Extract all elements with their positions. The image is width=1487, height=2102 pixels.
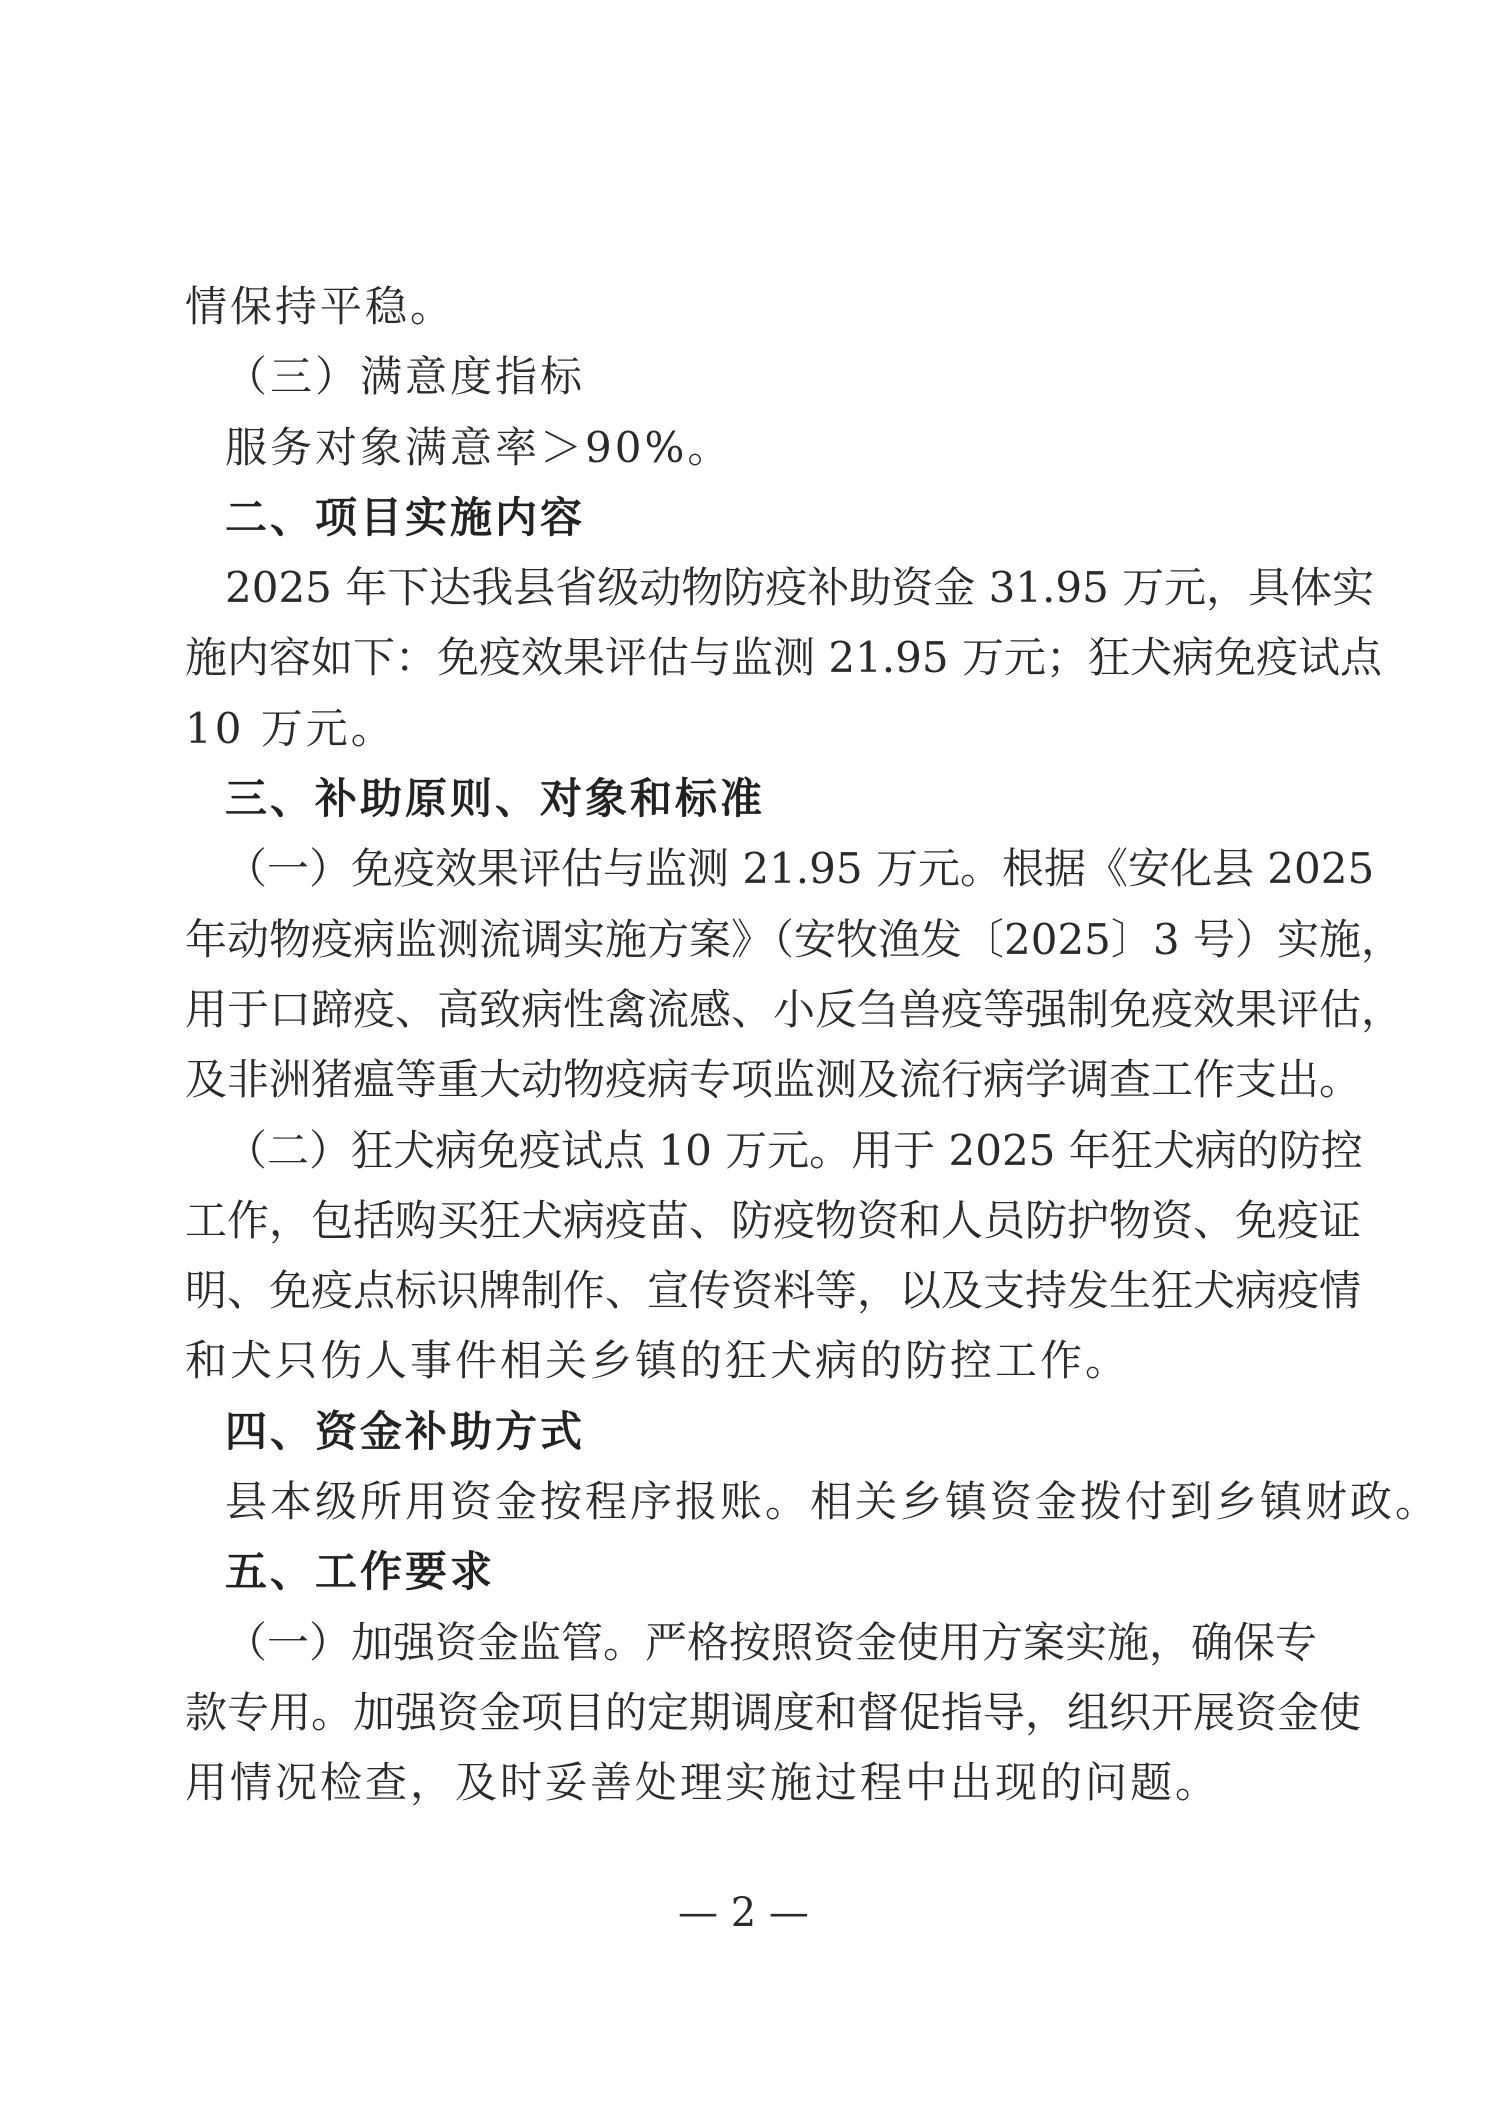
body-line: 年动物疫病监测流调实施方案》（安牧渔发〔2025〕3 号）实施， <box>185 905 1285 975</box>
body-line: 县本级所用资金按程序报账。相关乡镇资金拨付到乡镇财政。 <box>185 1467 1285 1537</box>
body-line: 和犬只伤人事件相关乡镇的狂犬病的防控工作。 <box>185 1326 1285 1396</box>
section-heading-3: 三、补助原则、对象和标准 <box>185 764 1285 834</box>
body-line: 工作，包括购买狂犬病疫苗、防疫物资和人员防护物资、免疫证 <box>185 1186 1285 1256</box>
document-body: 情保持平稳。 （三）满意度指标 服务对象满意率＞90%。 二、项目实施内容 20… <box>185 272 1285 1819</box>
section-heading-4: 四、资金补助方式 <box>185 1397 1285 1467</box>
document-page: 情保持平稳。 （三）满意度指标 服务对象满意率＞90%。 二、项目实施内容 20… <box>0 0 1487 2102</box>
section-heading-2: 二、项目实施内容 <box>185 483 1285 553</box>
body-line: 情保持平稳。 <box>185 272 1285 342</box>
body-line: （二）狂犬病免疫试点 10 万元。用于 2025 年狂犬病的防控 <box>185 1116 1285 1186</box>
body-line: 2025 年下达我县省级动物防疫补助资金 31.95 万元，具体实 <box>185 553 1285 623</box>
body-line: 用情况检查，及时妥善处理实施过程中出现的问题。 <box>185 1748 1285 1818</box>
body-line: 用于口蹄疫、高致病性禽流感、小反刍兽疫等强制免疫效果评估， <box>185 975 1285 1045</box>
body-line: 10 万元。 <box>185 694 1285 764</box>
section-heading-5: 五、工作要求 <box>185 1537 1285 1607</box>
body-line: 及非洲猪瘟等重大动物疫病专项监测及流行病学调查工作支出。 <box>185 1045 1285 1115</box>
body-line: 服务对象满意率＞90%。 <box>185 413 1285 483</box>
body-line: 明、免疫点标识牌制作、宣传资料等，以及支持发生狂犬病疫情 <box>185 1256 1285 1326</box>
page-number: — 2 — <box>0 1890 1487 1936</box>
body-line: 施内容如下：免疫效果评估与监测 21.95 万元；狂犬病免疫试点 <box>185 623 1285 693</box>
body-line: （一）免疫效果评估与监测 21.95 万元。根据《安化县 2025 <box>185 834 1285 904</box>
body-line: （一）加强资金监管。严格按照资金使用方案实施，确保专 <box>185 1608 1285 1678</box>
body-line: 款专用。加强资金项目的定期调度和督促指导，组织开展资金使 <box>185 1678 1285 1748</box>
subheading-satisfaction-indicator: （三）满意度指标 <box>185 342 1285 412</box>
